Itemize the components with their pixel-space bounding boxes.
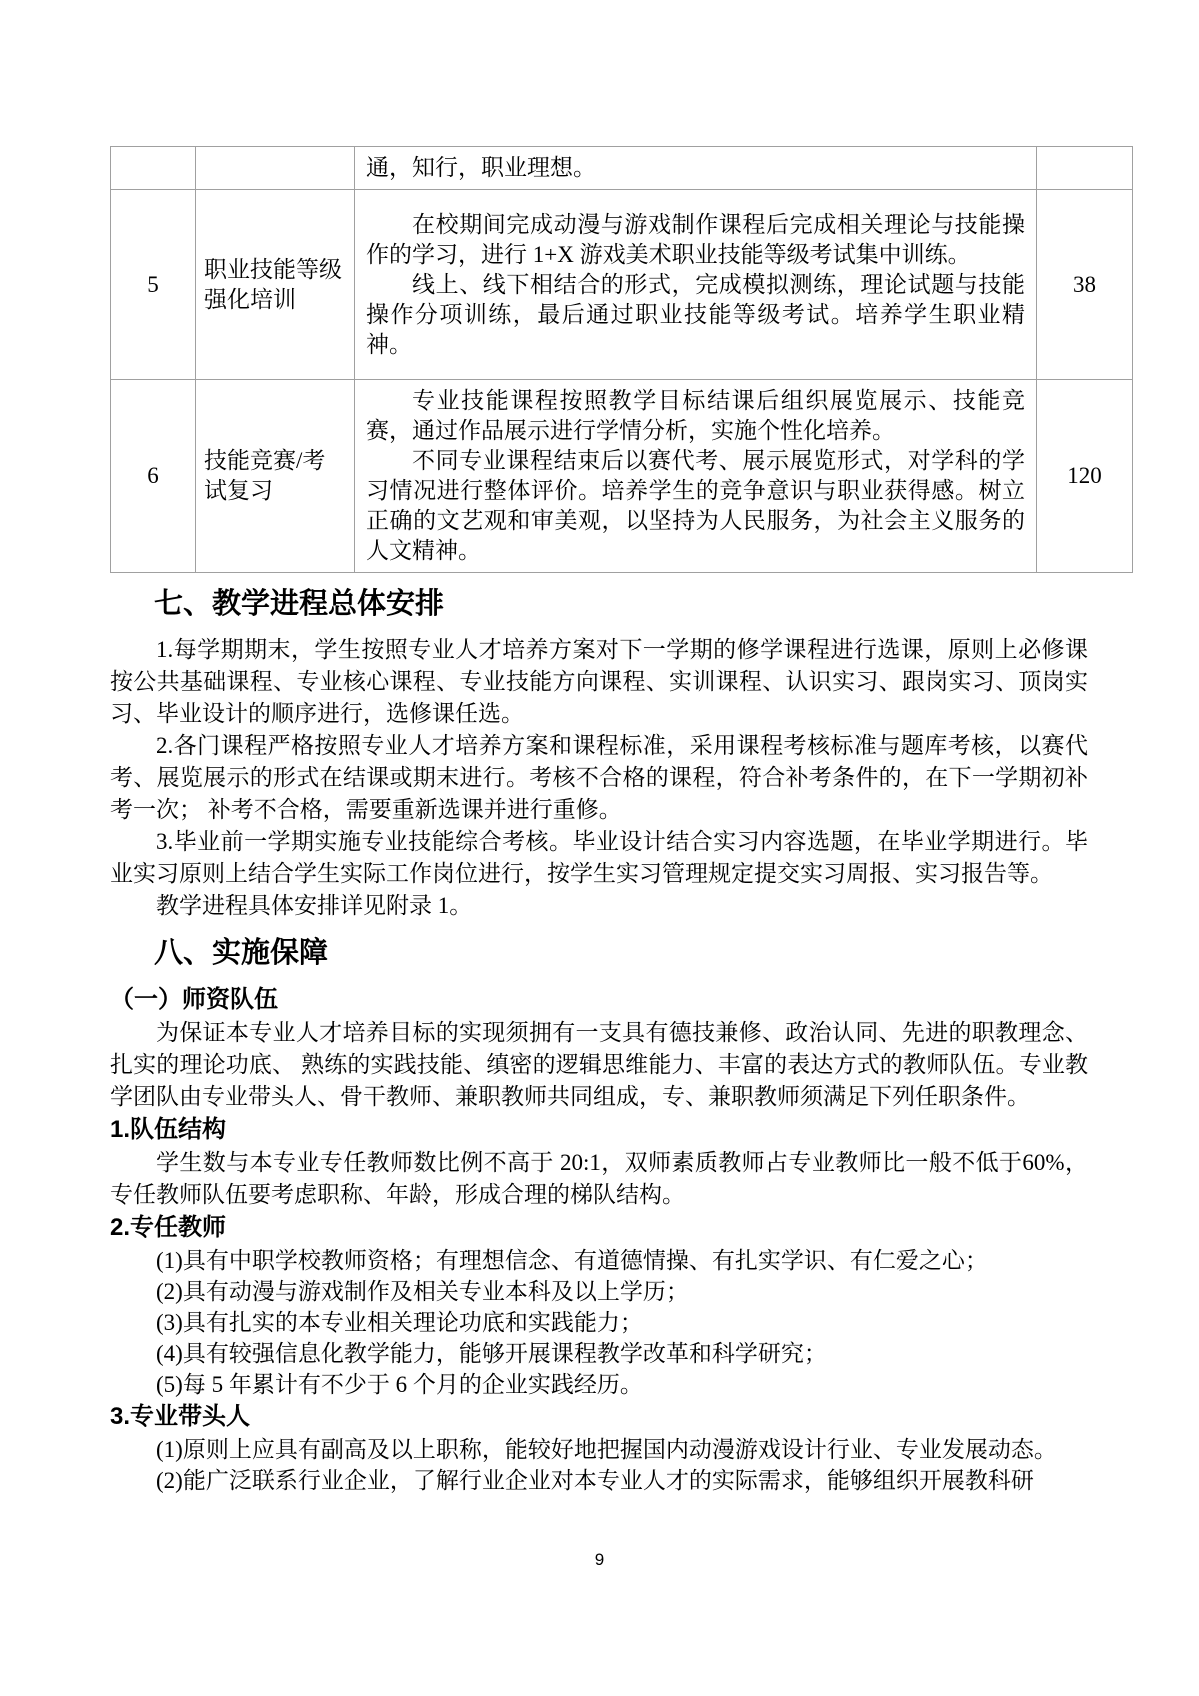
cell-course-name <box>196 147 355 190</box>
list-item: (1)原则上应具有副高及以上职称，能较好地把握国内动漫游戏设计行业、专业发展动态… <box>110 1434 1088 1465</box>
list-item: (1)具有中职学校教师资格；有理想信念、有道德情操、有扎实学识、有仁爱之心； <box>110 1245 1088 1276</box>
subsection-heading-teacher-team: （一）师资队伍 <box>110 983 1088 1017</box>
cell-description: 通，知行，职业理想。 <box>355 147 1037 190</box>
description-paragraph: 专业技能课程按照教学目标结课后组织展览展示、技能竞赛，通过作品展示进行学情分析，… <box>366 386 1025 446</box>
section-heading-implementation-guarantee: 八、实施保障 <box>154 935 1088 971</box>
page-number: 9 <box>0 1550 1199 1570</box>
list-item: (5)每 5 年累计有不少于 6 个月的企业实践经历。 <box>110 1369 1088 1400</box>
body-paragraph: 1.每学期期末，学生按照专业人才培养方案对下一学期的修学课程进行选课，原则上必修… <box>110 634 1088 730</box>
section-heading-teaching-process: 七、教学进程总体安排 <box>154 586 1088 622</box>
page-content: 通，知行，职业理想。 5 职业技能等级强化培训 在校期间完成动漫与游戏制作课程后… <box>110 146 1088 1496</box>
table-row: 6 技能竞赛/考试复习 专业技能课程按照教学目标结课后组织展览展示、技能竞赛，通… <box>111 380 1133 573</box>
cell-hours <box>1037 147 1133 190</box>
cell-hours: 120 <box>1037 380 1133 573</box>
document-page: 通，知行，职业理想。 5 职业技能等级强化培训 在校期间完成动漫与游戏制作课程后… <box>0 0 1199 1696</box>
table-row: 通，知行，职业理想。 <box>111 147 1133 190</box>
cell-seq: 5 <box>111 190 196 380</box>
body-paragraph: 教学进程具体安排详见附录 1。 <box>110 890 1088 922</box>
description-paragraph: 线上、线下相结合的形式，完成模拟测练，理论试题与技能操作分项训练，最后通过职业技… <box>366 270 1025 360</box>
body-paragraph: 2.各门课程严格按照专业人才培养方案和课程标准，采用课程考核标准与题库考核，以赛… <box>110 730 1088 826</box>
cell-course-name: 技能竞赛/考试复习 <box>196 380 355 573</box>
table-row: 5 职业技能等级强化培训 在校期间完成动漫与游戏制作课程后完成相关理论与技能操作… <box>111 190 1133 380</box>
list-item: (2)能广泛联系行业企业，了解行业企业对本专业人才的实际需求，能够组织开展教科研 <box>110 1465 1088 1496</box>
cell-hours: 38 <box>1037 190 1133 380</box>
description-paragraph: 通，知行，职业理想。 <box>366 153 1025 183</box>
cell-description: 在校期间完成动漫与游戏制作课程后完成相关理论与技能操作的学习，进行 1+X 游戏… <box>355 190 1037 380</box>
cell-seq: 6 <box>111 380 196 573</box>
subsection-heading-fulltime-teachers: 2.专任教师 <box>110 1211 1088 1245</box>
description-paragraph: 在校期间完成动漫与游戏制作课程后完成相关理论与技能操作的学习，进行 1+X 游戏… <box>366 210 1025 270</box>
list-item: (2)具有动漫与游戏制作及相关专业本科及以上学历； <box>110 1276 1088 1307</box>
list-item: (4)具有较强信息化教学能力，能够开展课程教学改革和科学研究； <box>110 1338 1088 1369</box>
subsection-heading-team-structure: 1.队伍结构 <box>110 1113 1088 1147</box>
body-paragraph: 为保证本专业人才培养目标的实现须拥有一支具有德技兼修、政治认同、先进的职教理念、… <box>110 1017 1088 1113</box>
subsection-heading-program-leader: 3.专业带头人 <box>110 1400 1088 1434</box>
body-paragraph: 学生数与本专业专任教师数比例不高于 20:1，双师素质教师占专业教师比一般不低于… <box>110 1147 1088 1211</box>
list-item: (3)具有扎实的本专业相关理论功底和实践能力； <box>110 1307 1088 1338</box>
cell-course-name: 职业技能等级强化培训 <box>196 190 355 380</box>
cell-seq <box>111 147 196 190</box>
course-arrangement-table: 通，知行，职业理想。 5 职业技能等级强化培训 在校期间完成动漫与游戏制作课程后… <box>110 146 1133 573</box>
body-paragraph: 3.毕业前一学期实施专业技能综合考核。毕业设计结合实习内容选题，在毕业学期进行。… <box>110 826 1088 890</box>
cell-description: 专业技能课程按照教学目标结课后组织展览展示、技能竞赛，通过作品展示进行学情分析，… <box>355 380 1037 573</box>
description-paragraph: 不同专业课程结束后以赛代考、展示展览形式，对学科的学习情况进行整体评价。培养学生… <box>366 446 1025 566</box>
